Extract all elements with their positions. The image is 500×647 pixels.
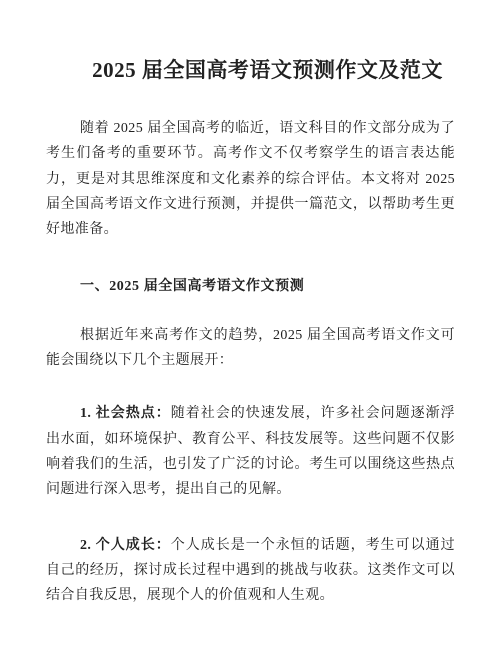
topic-paragraph-social-hotspots: 1. 社会热点：随着社会的快速发展，许多社会问题逐渐浮出水面，如环境保护、教育公…	[46, 401, 455, 502]
section-1-intro-paragraph: 根据近年来高考作文的趋势，2025 届全国高考语文作文可能会围绕以下几个主题展开…	[46, 323, 455, 374]
section-1-heading: 一、2025 届全国高考语文作文预测	[46, 274, 455, 299]
topic-paragraph-personal-growth: 2. 个人成长：个人成长是一个永恒的话题，考生可以通过自己的经历，探讨成长过程中…	[46, 533, 455, 609]
intro-paragraph: 随着 2025 届全国高考的临近，语文科目的作文部分成为了考生们备考的重要环节。…	[46, 116, 455, 242]
document-page: 2025 届全国高考语文预测作文及范文 随着 2025 届全国高考的临近，语文科…	[0, 0, 500, 647]
topic-2-label: 2. 个人成长：	[80, 538, 171, 553]
document-title: 2025 届全国高考语文预测作文及范文	[46, 58, 455, 82]
topic-1-label: 1. 社会热点：	[80, 406, 171, 421]
